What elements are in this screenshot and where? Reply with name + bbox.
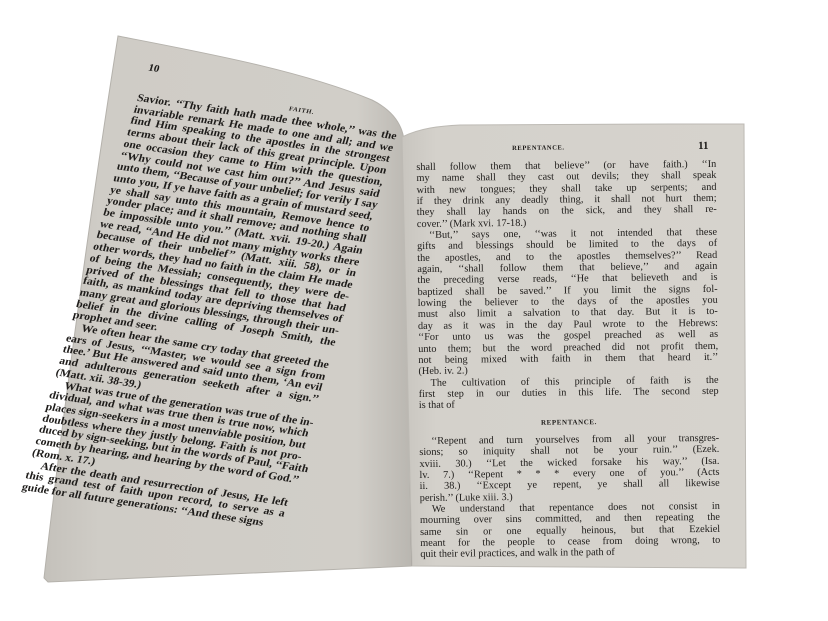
right-page-paragraphs-before: shall follow them that believe’’ (or hav…	[416, 159, 719, 412]
right-page-paragraphs-after: ‘‘Repent and turn yourselves from all yo…	[419, 433, 720, 561]
photo-of-open-booklet: 10 FAITH. Savior. ‘‘Thy faith hath made …	[0, 0, 828, 621]
section-heading-repentance: REPENTANCE.	[419, 415, 719, 429]
page-number-right: 11	[698, 140, 709, 152]
right-page-body: shall follow them that believe’’ (or hav…	[416, 159, 720, 561]
running-head-right: REPENTANCE.	[512, 144, 565, 152]
